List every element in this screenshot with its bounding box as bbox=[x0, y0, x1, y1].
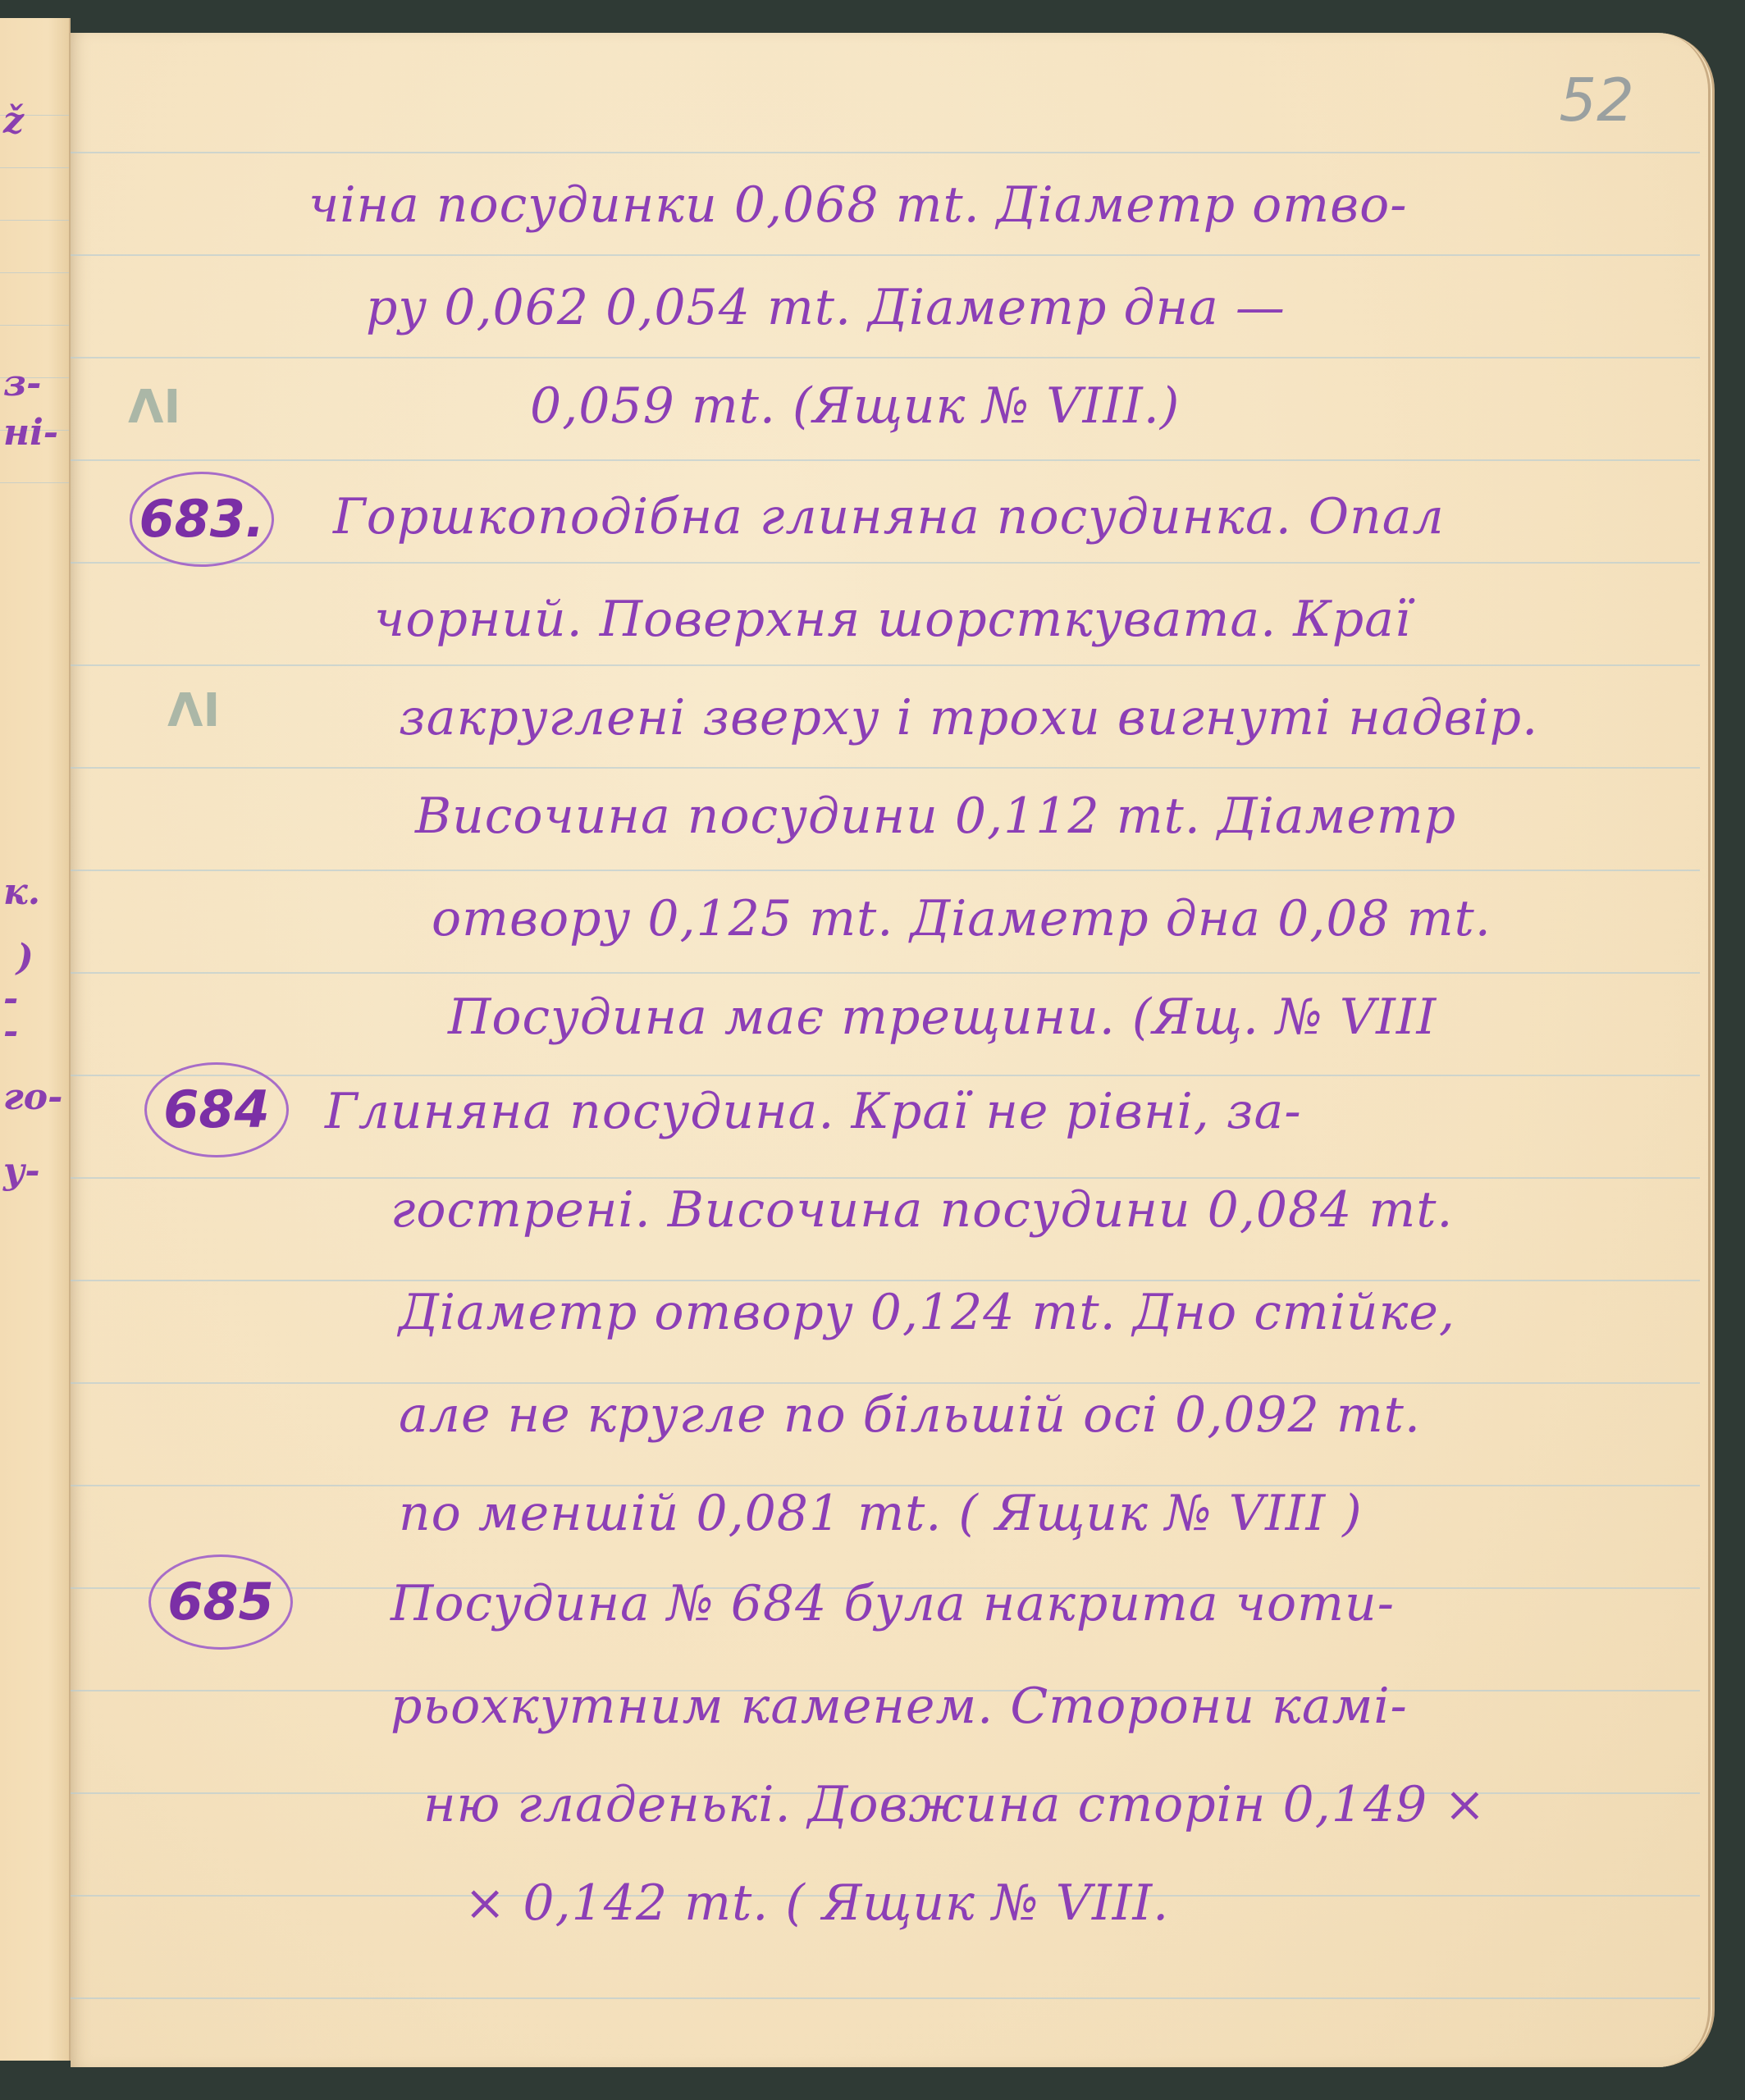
text-line: 0,059 mt. (Ящик № VIII.) bbox=[530, 377, 1180, 435]
ruled-line bbox=[71, 1177, 1700, 1179]
text-line: Глиняна посудина. Краї не рівні, за- bbox=[325, 1083, 1302, 1140]
text-line: Горшкоподібна глиняна посудинка. Опал bbox=[333, 488, 1445, 546]
text-line: закруглені зверху і трохи вигнуті надвір… bbox=[399, 689, 1538, 746]
ruled-line bbox=[71, 254, 1700, 256]
left-fragment: у- bbox=[3, 1150, 40, 1192]
margin-mark: IV bbox=[167, 681, 220, 734]
ruled-line bbox=[71, 1075, 1700, 1076]
ruled-line bbox=[71, 152, 1700, 153]
left-fragment: ) bbox=[16, 937, 34, 979]
text-line: отвору 0,125 mt. Діаметр дна 0,08 mt. bbox=[432, 890, 1491, 947]
ruled-line bbox=[71, 1382, 1700, 1384]
left-fragment: го- bbox=[3, 1076, 62, 1118]
text-line: Посудина № 684 була накрита чоти- bbox=[391, 1575, 1395, 1632]
left-fragment: з- bbox=[3, 363, 41, 404]
ruled-line bbox=[71, 562, 1700, 564]
ruled-line bbox=[71, 870, 1700, 871]
ruled-line bbox=[71, 972, 1700, 974]
text-line: рьохкутним каменем. Сторони камі- bbox=[391, 1678, 1408, 1735]
entry-number-685: 685 bbox=[148, 1554, 293, 1650]
text-line: Посудина має трещини. (Ящ. № VIII bbox=[448, 988, 1437, 1046]
ruled-line bbox=[71, 1997, 1700, 1999]
text-line: Діаметр отвору 0,124 mt. Дно стійке, bbox=[399, 1284, 1455, 1341]
notebook-page: 52 IV IV чіна посудинки 0,068 mt. Діамет… bbox=[71, 33, 1715, 2067]
left-fragment: к. bbox=[3, 871, 40, 913]
ruled-line bbox=[71, 459, 1700, 461]
previous-page-edge: ž з- ні- к. ) - - го- у- bbox=[0, 18, 71, 2061]
ruled-line bbox=[71, 1280, 1700, 1281]
entry-number-683: 683. bbox=[130, 472, 274, 567]
ruled-line bbox=[71, 357, 1700, 358]
text-line: по меншій 0,081 mt. ( Ящик № VIII ) bbox=[399, 1485, 1363, 1542]
text-line: × 0,142 mt. ( Ящик № VIII. bbox=[464, 1874, 1169, 1932]
left-fragment: ні- bbox=[3, 412, 58, 454]
left-fragment: ž bbox=[3, 100, 24, 142]
margin-mark: IV bbox=[128, 377, 180, 431]
text-line: ру 0,062 0,054 mt. Діаметр дна — bbox=[366, 279, 1286, 336]
ruled-line bbox=[71, 767, 1700, 769]
text-line: чорний. Поверхня шорсткувата. Краї bbox=[374, 591, 1411, 648]
left-fragment: - bbox=[3, 1011, 18, 1052]
text-line: гострені. Височина посудини 0,084 mt. bbox=[391, 1181, 1454, 1239]
text-line: чіна посудинки 0,068 mt. Діаметр отво- bbox=[308, 176, 1407, 234]
page-number: 52 bbox=[1559, 66, 1634, 135]
text-line: Височина посудини 0,112 mt. Діаметр bbox=[415, 787, 1456, 845]
text-line: ню гладенькі. Довжина сторін 0,149 × bbox=[423, 1776, 1487, 1833]
ruled-line bbox=[71, 664, 1700, 666]
text-line: але не кругле по більшій осі 0,092 mt. bbox=[399, 1386, 1421, 1444]
entry-number-684: 684 bbox=[144, 1062, 289, 1157]
